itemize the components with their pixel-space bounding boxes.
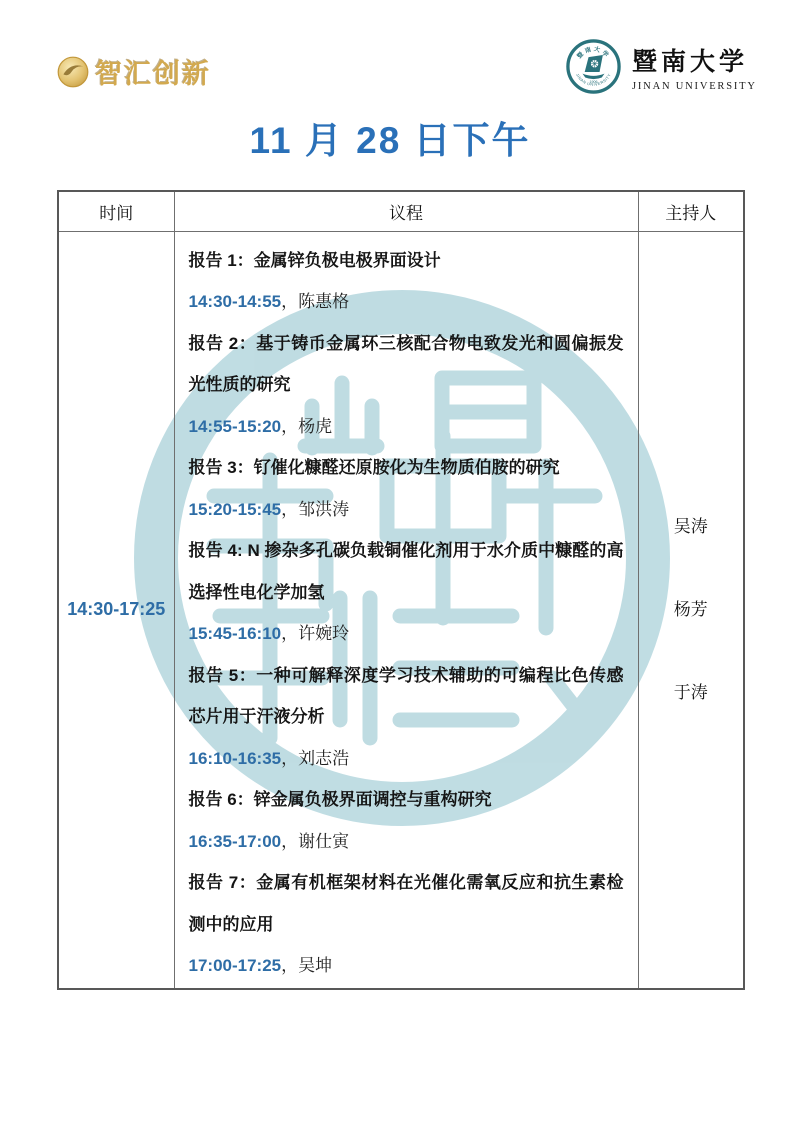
university-name-en: JINAN UNIVERSITY [632, 81, 757, 92]
session-time-range: 14:30-17:25 [67, 599, 165, 619]
report-7-time-speaker: 17:00-17:25，吴坤 [189, 945, 624, 987]
comma-separator: ， [281, 956, 298, 975]
time-cell: 14:30-17:25 [58, 231, 174, 989]
table-header-row: 时间 议程 主持人 [58, 191, 744, 231]
zhihui-chuangxin-logo: 智汇创新 [57, 52, 211, 91]
report-1-title: 报告 1：金属锌负极电极界面设计 [189, 240, 624, 282]
report-1-speaker: 陈惠格 [298, 292, 349, 311]
host-3: 于涛 [674, 684, 708, 701]
report-7-speaker: 吴坤 [298, 956, 332, 975]
svg-text:1906: 1906 [590, 80, 598, 84]
report-7-time: 17:00-17:25 [189, 956, 282, 975]
report-6-time-speaker: 16:35-17:00，谢仕寅 [189, 821, 624, 863]
zhihui-chuangxin-text: 智汇创新 [95, 52, 211, 91]
comma-separator: ， [281, 292, 298, 311]
comma-separator: ， [281, 749, 298, 768]
report-4-speaker: 许婉玲 [298, 624, 349, 643]
comma-separator: ， [281, 500, 298, 519]
report-6-time: 16:35-17:00 [189, 832, 282, 851]
table-body-row: 14:30-17:25 报告 1：金属锌负极电极界面设计 14:30-14:55… [58, 231, 744, 989]
host-2: 杨芳 [674, 601, 708, 618]
university-name-cn: 暨南大学 [632, 42, 757, 78]
page-title: 11 月 28 日下午 [0, 110, 780, 164]
report-4-title: 报告 4: N 掺杂多孔碳负载铜催化剂用于水介质中糠醛的高选择性电化学加氢 [189, 530, 624, 613]
report-5-time: 16:10-16:35 [189, 749, 282, 768]
column-header-time: 时间 [58, 191, 174, 231]
jinan-university-seal-icon: 暨南大学 JINAN UNIVERSITY 1906 [566, 39, 621, 94]
comma-separator: ， [281, 417, 298, 436]
report-5-title: 报告 5：一种可解释深度学习技术辅助的可编程比色传感芯片用于汗液分析 [189, 655, 624, 738]
report-3-time-speaker: 15:20-15:45，邹洪涛 [189, 489, 624, 531]
report-2-speaker: 杨虎 [298, 417, 332, 436]
gold-coin-icon [57, 56, 89, 88]
report-2-time-speaker: 14:55-15:20，杨虎 [189, 406, 624, 448]
column-header-agenda: 议程 [174, 191, 638, 231]
jinan-university-logo: 暨南大学 JINAN UNIVERSITY 1906 暨南大学 JINAN UN… [566, 39, 757, 94]
column-header-host: 主持人 [638, 191, 744, 231]
report-4-time-speaker: 15:45-16:10，许婉玲 [189, 613, 624, 655]
report-7-title: 报告 7：金属有机框架材料在光催化需氧反应和抗生素检测中的应用 [189, 862, 624, 945]
comma-separator: ， [281, 624, 298, 643]
host-1: 吴涛 [674, 518, 708, 535]
report-5-speaker: 刘志浩 [298, 749, 349, 768]
hosts-cell: 吴涛 杨芳 于涛 [638, 231, 744, 989]
report-2-title: 报告 2：基于铸币金属环三核配合物电致发光和圆偏振发光性质的研究 [189, 323, 624, 406]
report-2-time: 14:55-15:20 [189, 417, 282, 436]
report-3-title: 报告 3：钌催化糠醛还原胺化为生物质伯胺的研究 [189, 447, 624, 489]
report-5-time-speaker: 16:10-16:35，刘志浩 [189, 738, 624, 780]
schedule-table: 时间 议程 主持人 14:30-17:25 报告 1：金属锌负极电极界面设计 1… [57, 190, 745, 990]
report-6-speaker: 谢仕寅 [298, 832, 349, 851]
report-4-time: 15:45-16:10 [189, 624, 282, 643]
report-1-time: 14:30-14:55 [189, 292, 282, 311]
report-6-title: 报告 6：锌金属负极界面调控与重构研究 [189, 779, 624, 821]
agenda-cell: 报告 1：金属锌负极电极界面设计 14:30-14:55，陈惠格 报告 2：基于… [174, 231, 638, 989]
comma-separator: ， [281, 832, 298, 851]
report-3-time: 15:20-15:45 [189, 500, 282, 519]
report-1-time-speaker: 14:30-14:55，陈惠格 [189, 281, 624, 323]
report-3-speaker: 邹洪涛 [298, 500, 349, 519]
